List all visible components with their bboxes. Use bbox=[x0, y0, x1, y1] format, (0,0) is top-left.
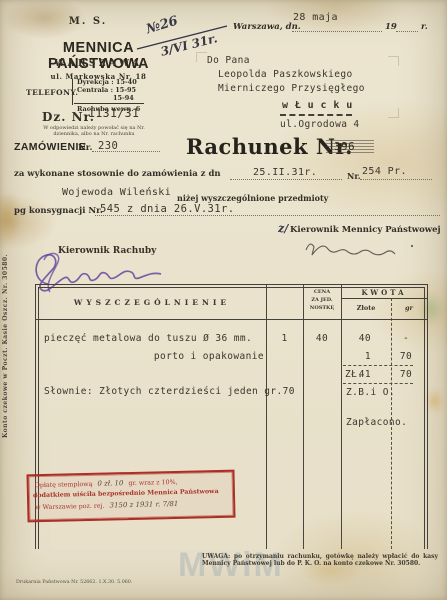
recipient-name: Leopolda Paszkowskiego bbox=[218, 69, 353, 80]
item-amount-gr: - bbox=[391, 333, 421, 344]
col-line-desc-qty bbox=[266, 285, 267, 549]
work-line-middle: niżej wyszczególnione przedmioty bbox=[177, 193, 328, 203]
header-bottom-line bbox=[36, 319, 427, 320]
stamp-line1-prefix: Opłatę stemplową bbox=[35, 481, 93, 489]
journal-label: Dz. Nr. bbox=[42, 110, 95, 124]
ministry-abbrev: M. S. bbox=[58, 16, 118, 27]
work-line-prefix: za wykonane stosownie do zamówienia z dn bbox=[14, 169, 221, 179]
recipient-title: Mierniczego Przysięgłego bbox=[218, 83, 365, 94]
total-gr: 70 bbox=[391, 369, 421, 380]
work-line-leader bbox=[230, 179, 342, 180]
client-name: Wojewoda Wileński bbox=[62, 187, 171, 198]
phone-central: Centrala : 15-95 bbox=[77, 86, 136, 94]
mint-director-label: Kierownik Mennicy Państwowej bbox=[290, 225, 441, 235]
recipient-salutation: Do Pana bbox=[207, 55, 250, 66]
amount-in-words: Słownie: Złotych czterdzieści jeden gr.7… bbox=[44, 386, 295, 397]
total-separator bbox=[343, 365, 413, 366]
recipient-city: w Ł u c k u bbox=[282, 100, 353, 111]
order-label: ZAMÓWIENIE bbox=[14, 141, 86, 153]
reply-note-line2: dziennika, albo na Nr. rachunku bbox=[14, 131, 174, 137]
col-header-grosze: gr bbox=[391, 304, 427, 312]
mint-director-signature bbox=[300, 236, 420, 258]
invoice-number: 396 bbox=[334, 140, 355, 153]
phone-direction: Dyrekcja : 15-40 bbox=[77, 78, 137, 86]
recipient-city-underline bbox=[280, 114, 352, 116]
col-header-amount: KWOTA bbox=[341, 288, 427, 297]
footer-uwaga: UWAGA: po otrzymaniu rachunku, gotówkę n… bbox=[202, 553, 438, 567]
paper-stain bbox=[0, 190, 22, 245]
total-zl: 41 bbox=[326, 369, 371, 380]
phone-central-2: 15-94 bbox=[113, 94, 134, 102]
stamp-line2: dodatkiem uiściła bezpośrednio Mennica P… bbox=[33, 488, 219, 499]
total-separator-bottom bbox=[343, 383, 413, 384]
invoice-document: MWiM M. S. MENNICA PAŃSTWOWA WARSZAWA ul… bbox=[0, 0, 447, 600]
consignment-leader bbox=[95, 215, 440, 216]
printer-imprint: Drukarnia Państwowa Nr. 52662. 1.X.30. 5… bbox=[16, 580, 132, 585]
registration-mark bbox=[196, 52, 207, 62]
paper-stain bbox=[425, 388, 445, 414]
order-number: 230 bbox=[98, 140, 118, 152]
item-amount-zl: 40 bbox=[326, 333, 371, 344]
stamp-line3-value: 3150 z 1931 r. 7/81 bbox=[109, 500, 178, 510]
col-header-description: WYSZCZEGÓLNIENIE bbox=[46, 298, 258, 307]
stamp-line1-value: 0 zł. 10 bbox=[97, 479, 123, 488]
col-line-price-kwota bbox=[341, 285, 342, 549]
col-line-qty-price bbox=[303, 285, 304, 549]
registration-mark bbox=[388, 108, 399, 118]
work-nr-label: Nr. bbox=[347, 171, 361, 181]
consignment-prefix: pg konsygnacji Nr. bbox=[14, 206, 103, 216]
org-city: WARSZAWA bbox=[16, 59, 181, 69]
dateline-year-suffix: r. bbox=[421, 22, 428, 32]
work-nr-leader bbox=[360, 179, 432, 180]
zbio-note: Z.B.i O. bbox=[346, 387, 395, 398]
paid-note: Zapłacono. bbox=[346, 417, 407, 428]
registration-mark bbox=[388, 56, 399, 66]
phones-divider bbox=[74, 103, 144, 104]
recipient-street: ul.Ogrodowa 4 bbox=[280, 119, 360, 130]
work-nr-value: 254 Pr. bbox=[362, 166, 407, 177]
phones-label: TELEFONY. bbox=[26, 88, 79, 97]
item-amount-gr: 70 bbox=[391, 351, 421, 362]
item-description: porto i opakowanie bbox=[36, 351, 264, 362]
consignment-value: 545 z dnia 26.V.31r. bbox=[100, 203, 234, 215]
stamp-line1-suffix: gr. wraz z 10%, bbox=[128, 479, 177, 487]
mint-director-prefix: z/ bbox=[278, 222, 288, 235]
dateline-leader bbox=[292, 31, 382, 32]
work-date: 25.II.31r. bbox=[253, 167, 317, 178]
item-quantity: 1 bbox=[266, 333, 303, 344]
stamp-duty-stamp: Opłatę stemplową 0 zł. 10 gr. wraz z 10%… bbox=[26, 470, 235, 523]
col-header-price-1: CENA bbox=[304, 289, 340, 295]
dateline-year-leader bbox=[396, 31, 418, 32]
kwota-sub-line bbox=[341, 298, 427, 299]
order-nr-label: Nr. bbox=[78, 143, 92, 153]
phones-brace bbox=[72, 79, 73, 105]
journal-number: 1131/31 bbox=[88, 106, 139, 120]
stamp-line3-prefix: w Warszawie poz. rej. bbox=[35, 503, 105, 512]
col-header-price-3: NOSTKĘ bbox=[304, 305, 340, 311]
col-header-zlote: Złote bbox=[341, 304, 391, 312]
margin-account-note: Konto czekowe w Poczt. Kasie Oszcz. Nr. … bbox=[2, 248, 9, 438]
item-description: pieczęć metalowa do tuszu Ø 36 mm. bbox=[44, 333, 252, 344]
dateline-place: Warszawa, dn. bbox=[233, 22, 301, 32]
item-amount-zl: 1 bbox=[326, 351, 371, 362]
col-header-price-2: ZA JED. bbox=[304, 297, 340, 303]
